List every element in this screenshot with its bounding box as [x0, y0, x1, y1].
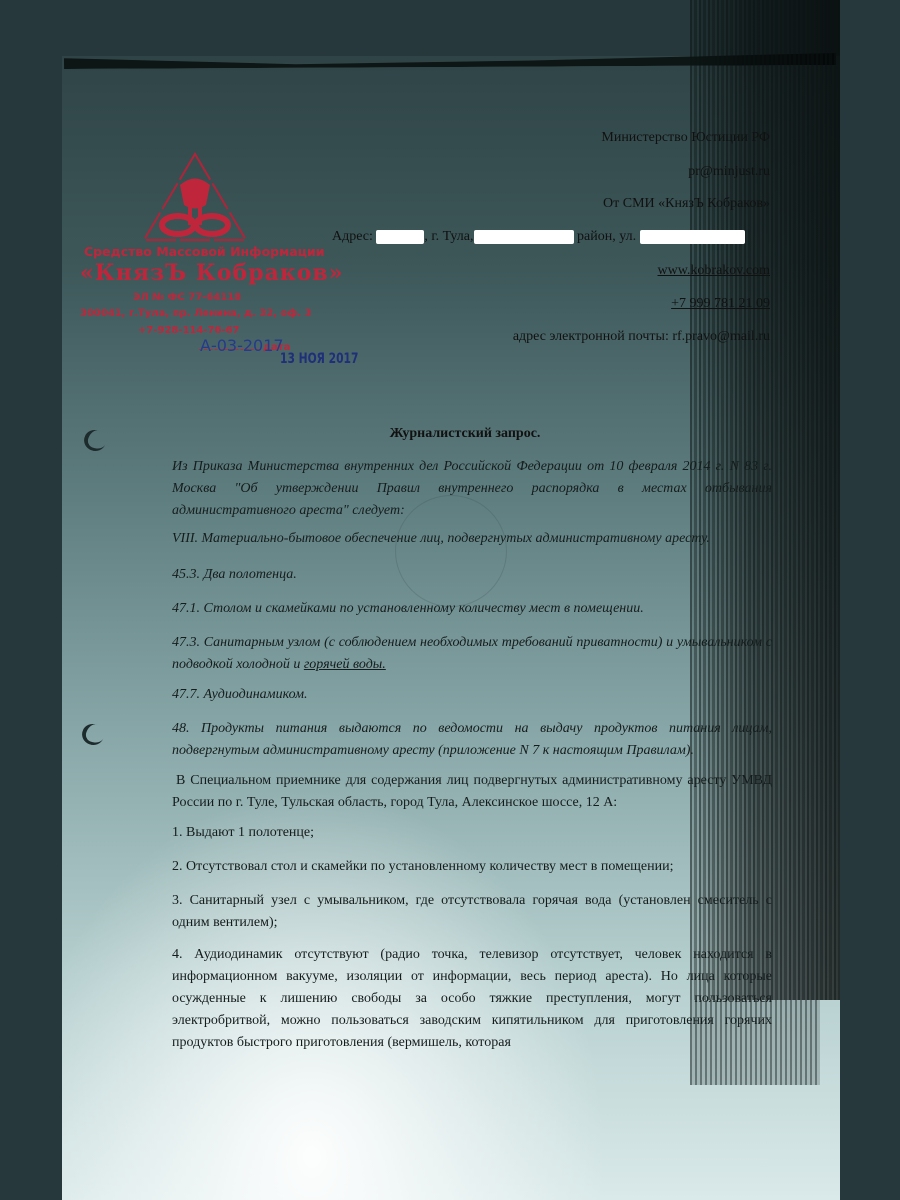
order-citation: Из Приказа Министерства внутренних дел Р…: [172, 456, 772, 522]
redaction-block: [474, 230, 574, 244]
clause-47-1: 47.1. Столом и скамейками по установленн…: [172, 598, 772, 620]
hot-water-underlined: горячей воды.: [304, 657, 386, 672]
received-date-stamp: 13 НОЯ 2017: [280, 351, 358, 367]
clause-47-3-text: 47.3. Санитарным узлом (с соблюдением не…: [172, 635, 772, 672]
recipient-email: pr@minjust.ru: [688, 164, 770, 180]
handwritten-number: А-03-2017: [200, 336, 284, 355]
redaction-block: [640, 230, 745, 244]
phone-link[interactable]: +7 999 781 21 09: [671, 296, 770, 312]
finding-4: 4. Аудиодинамик отсутствуют (радио точка…: [172, 944, 772, 1054]
clause-45-3: 45.3. Два полотенца.: [172, 564, 772, 586]
sender-address: Адрес: , г. Тула, район, ул.: [332, 229, 745, 245]
stamp-media-label: Средство Массовой Информации: [84, 244, 325, 259]
stamp-outlet-name: «КнязЪ Кобраков»: [80, 260, 343, 286]
contact-email: адрес электронной почты: rf.pravo@mail.r…: [513, 329, 770, 345]
facility-paragraph: В Специальном приемнике для содержания л…: [172, 770, 772, 814]
document-title: Журналистский запрос.: [0, 426, 900, 442]
section-viii: VIII. Материально-бытовое обеспечение ли…: [172, 528, 772, 550]
stamp-license: ЭЛ № ФС 77-64118: [133, 292, 241, 303]
website-link[interactable]: www.kobrakov.com: [658, 263, 771, 279]
address-label: Адрес:: [332, 229, 373, 244]
clause-47-7: 47.7. Аудиодинамиком.: [172, 684, 772, 706]
clause-48: 48. Продукты питания выдаются по ведомос…: [172, 718, 772, 762]
recipient-ministry: Министерство Юстиции РФ: [601, 130, 770, 146]
sender-line: От СМИ «КнязЪ Кобраков»: [603, 196, 770, 212]
redaction-block: [376, 230, 424, 244]
finding-2: 2. Отсутствовал стол и скамейки по устан…: [172, 856, 772, 878]
address-district: район, ул.: [574, 229, 637, 244]
finding-1: 1. Выдают 1 полотенце;: [172, 822, 772, 844]
clause-47-3: 47.3. Санитарным узлом (с соблюдением не…: [172, 632, 772, 676]
stamp-address: 300041, г.Тула, пр. Ленина, д. 32, оф. 3: [80, 308, 312, 319]
finding-3: 3. Санитарный узел с умывальником, где о…: [172, 890, 772, 934]
address-city: , г. Тула,: [424, 229, 473, 244]
stamp-phone: +7-928-114-76-67: [138, 325, 240, 336]
cobra-logo-icon: [140, 150, 250, 245]
